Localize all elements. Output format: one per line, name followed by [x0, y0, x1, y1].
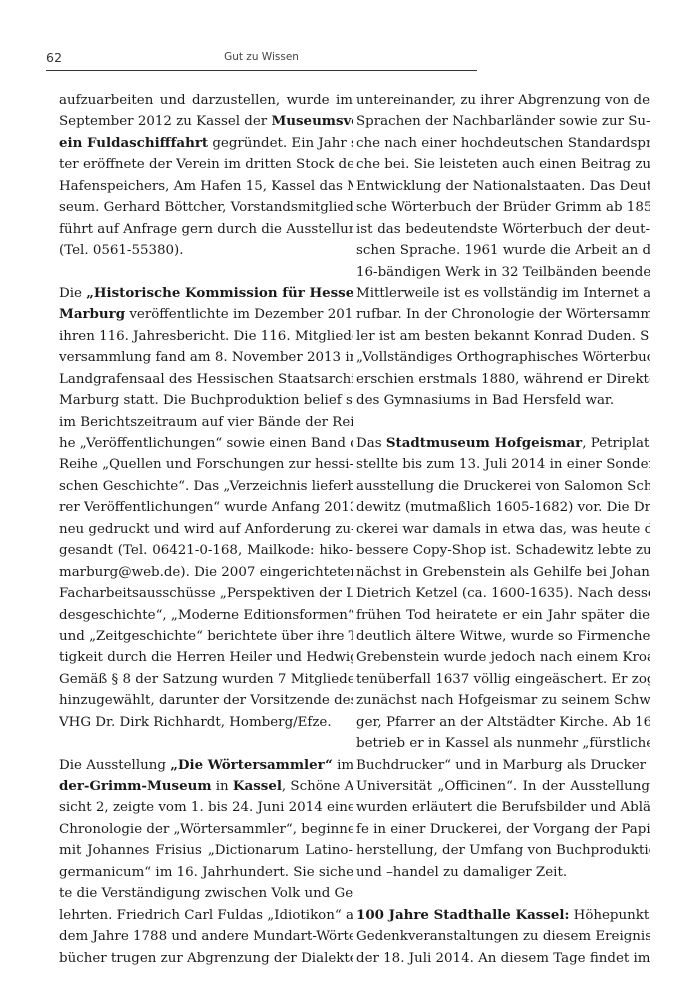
text-line: Marburg veröffentlichte im Dezember 2013 [59, 304, 353, 325]
text-line: ckerei war damals in etwa das, was heute… [356, 519, 650, 540]
text-run: (Tel. 0561-55380). [59, 243, 184, 258]
text-run: rer Veröffentlichungen“ wurde Anfang 201… [59, 500, 353, 515]
text-line: schen Sprache. 1961 wurde die Arbeit an … [356, 240, 650, 261]
text-run: frühen Tod heiratete er ein Jahr später … [356, 608, 650, 623]
text-line: führt auf Anfrage gern durch die Ausstel… [59, 219, 353, 240]
bold-text: „Historische Kommission für Hessen“ [86, 285, 353, 301]
text-line: Universität „Officinen“. In der Ausstell… [356, 776, 650, 797]
text-run: che nach einer hochdeutschen Standardspr… [356, 136, 650, 151]
text-line: Die Ausstellung „Die Wörtersammler“ im B… [59, 755, 353, 776]
text-line: ausstellung die Druckerei von Salomon Sc… [356, 476, 650, 497]
text-run: Grebenstein wurde jedoch nach einem Kroa… [356, 650, 650, 665]
text-run: untereinander, zu ihrer Abgrenzung von d… [356, 93, 650, 108]
text-run: ckerei war damals in etwa das, was heute… [356, 522, 650, 537]
text-line: schen Geschichte“. Das „Verzeichnis lief… [59, 476, 353, 497]
text-line: des Gymnasiums in Bad Hersfeld war. [356, 390, 650, 411]
text-line: neu gedruckt und wird auf Anforderung zu… [59, 519, 353, 540]
text-run: in [212, 779, 233, 794]
text-line: hinzugewählt, darunter der Vorsitzende d… [59, 690, 353, 711]
text-line: gesandt (Tel. 06421-0-168, Mailkode: hik… [59, 540, 353, 561]
bold-text: ein Fuldaschifffahrt [59, 135, 208, 151]
text-run: ausstellung die Druckerei von Salomon Sc… [356, 479, 650, 494]
text-run: zunächst nach Hofgeismar zu seinem Schwa… [356, 693, 650, 708]
text-run: im [333, 758, 353, 773]
text-line: VHG Dr. Dirk Richhardt, Homberg/Efze. [59, 712, 353, 733]
text-run: führt auf Anfrage gern durch die Ausstel… [59, 222, 353, 237]
text-line: ihren 116. Jahresbericht. Die 116. Mitgl… [59, 326, 353, 347]
text-line: ter eröffnete der Verein im dritten Stoc… [59, 154, 353, 175]
running-title: Gut zu Wissen [46, 51, 477, 63]
text-line: der 18. Juli 2014. An diesem Tage findet… [356, 948, 650, 969]
text-run: Sprachen der Nachbarländer sowie zur Su- [356, 114, 650, 129]
text-line: aufzuarbeiten und darzustellen, wurde im [59, 90, 353, 111]
text-run: September 2012 zu Kassel der [59, 114, 271, 129]
text-line: Mittlerweile ist es vollständig im Inter… [356, 283, 650, 304]
paragraph: aufzuarbeiten und darzustellen, wurde im… [59, 90, 353, 262]
text-run: VHG Dr. Dirk Richhardt, Homberg/Efze. [59, 715, 332, 730]
text-line: zunächst nach Hofgeismar zu seinem Schwa… [356, 690, 650, 711]
text-line: che nach einer hochdeutschen Standardspr… [356, 133, 650, 154]
text-line: lehrten. Friedrich Carl Fuldas „Idiotiko… [59, 905, 353, 926]
text-line: Chronologie der „Wörtersammler“, beginne… [59, 819, 353, 840]
text-run: fe in einer Druckerei, der Vorgang der P… [356, 822, 650, 837]
text-line: sicht 2, zeigte vom 1. bis 24. Juni 2014… [59, 797, 353, 818]
text-line: frühen Tod heiratete er ein Jahr später … [356, 605, 650, 626]
text-line: bessere Copy-Shop ist. Schadewitz lebte … [356, 540, 650, 561]
text-line: deutlich ältere Witwe, wurde so Firmench… [356, 626, 650, 647]
text-line: herstellung, der Umfang von Buchprodukti… [356, 840, 650, 861]
text-run: herstellung, der Umfang von Buchprodukti… [356, 843, 650, 858]
text-line: che bei. Sie leisteten auch einen Beitra… [356, 154, 650, 175]
text-run: ist das bedeutendste Wörterbuch der deut… [356, 222, 650, 237]
text-run: „Vollständiges Orthographisches Wörterbu… [356, 350, 650, 365]
text-line: stellte bis zum 13. Juli 2014 in einer S… [356, 454, 650, 475]
text-run: seum. Gerhard Böttcher, Vorstandsmitglie… [59, 200, 353, 215]
text-line: 16-bändigen Werk in 32 Teilbänden beende… [356, 262, 650, 283]
text-run: marburg@web.de). Die 2007 eingerichteten [59, 565, 353, 580]
text-line: he „Veröffentlichungen“ sowie einen Band… [59, 433, 353, 454]
text-run: und „Zeitgeschichte“ berichtete über ihr… [59, 629, 353, 644]
text-run: ter eröffnete der Verein im dritten Stoc… [59, 157, 353, 172]
text-run: mit Johannes Frisius „Dictionarum Latino… [59, 843, 353, 858]
text-line: erschien erstmals 1880, während er Direk… [356, 369, 650, 390]
text-line: Gemäß § 8 der Satzung wurden 7 Mitgliede… [59, 669, 353, 690]
text-line: und –handel zu damaliger Zeit. [356, 862, 650, 883]
bold-text: „Die Wörtersammler“ [170, 757, 333, 773]
text-run: ihren 116. Jahresbericht. Die 116. Mitgl… [59, 329, 353, 344]
text-run: Entwicklung der Nationalstaaten. Das Deu… [356, 179, 650, 194]
text-run: schen Geschichte“. Das „Verzeichnis lief… [59, 479, 353, 494]
text-line: Gedenkveranstaltungen zu diesem Ereignis… [356, 926, 650, 947]
text-run: deutlich ältere Witwe, wurde so Firmench… [356, 629, 650, 644]
text-line: dem Jahre 1788 und andere Mundart-Wörter… [59, 926, 353, 947]
text-run: schen Sprache. 1961 wurde die Arbeit an … [356, 243, 650, 258]
paragraph: Die Ausstellung „Die Wörtersammler“ im B… [59, 755, 353, 969]
text-line: ist das bedeutendste Wörterbuch der deut… [356, 219, 650, 240]
text-run: bessere Copy-Shop ist. Schadewitz lebte … [356, 543, 650, 558]
text-line: sche Wörterbuch der Brüder Grimm ab 1854 [356, 197, 650, 218]
text-run: Chronologie der „Wörtersammler“, beginne… [59, 822, 353, 837]
bold-text: Museumsver- [271, 113, 353, 129]
text-run: lehrten. Friedrich Carl Fuldas „Idiotiko… [59, 908, 353, 923]
text-line: germanicum“ im 16. Jahrhundert. Sie sich… [59, 862, 353, 883]
text-run: veröffentlichte im Dezember 2013 [125, 307, 353, 322]
text-run: Höhepunkt der [569, 908, 650, 923]
text-run: tenüberfall 1637 völlig eingeäschert. Er… [356, 672, 650, 687]
text-run: sche Wörterbuch der Brüder Grimm ab 1854 [356, 200, 650, 215]
text-run: Buchdrucker“ und in Marburg als Drucker … [356, 758, 650, 773]
text-line: ler ist am besten bekannt Konrad Duden. … [356, 326, 650, 347]
text-line: ein Fuldaschifffahrt gegründet. Ein Jahr… [59, 133, 353, 154]
text-run: Dietrich Ketzel (ca. 1600-1635). Nach de… [356, 586, 650, 601]
text-line: marburg@web.de). Die 2007 eingerichteten [59, 562, 353, 583]
text-line: im Berichtszeitraum auf vier Bände der R… [59, 412, 353, 433]
text-run: Marburg statt. Die Buchproduktion belief… [59, 393, 353, 408]
text-run: sicht 2, zeigte vom 1. bis 24. Juni 2014… [59, 800, 353, 815]
bold-text: Marburg [59, 306, 125, 322]
text-line: seum. Gerhard Böttcher, Vorstandsmitglie… [59, 197, 353, 218]
text-run: betrieb er in Kassel als nunmehr „fürstl… [356, 736, 650, 751]
text-line: September 2012 zu Kassel der Museumsver- [59, 111, 353, 132]
text-line: bücher trugen zur Abgrenzung der Dialekt… [59, 948, 353, 969]
text-line: „Vollständiges Orthographisches Wörterbu… [356, 347, 650, 368]
text-line: Facharbeitsausschüsse „Perspektiven der … [59, 583, 353, 604]
text-run: dewitz (mutmaßlich 1605-1682) vor. Die D… [356, 500, 650, 515]
text-line: desgeschichte“, „Moderne Editionsformen“ [59, 605, 353, 626]
text-line: (Tel. 0561-55380). [59, 240, 353, 261]
book-page: 62 Gut zu Wissen aufzuarbeiten und darzu… [0, 0, 700, 988]
text-line: mit Johannes Frisius „Dictionarum Latino… [59, 840, 353, 861]
text-run: der 18. Juli 2014. An diesem Tage findet… [356, 951, 650, 966]
text-line: Das Stadtmuseum Hofgeismar, Petriplatz 2… [356, 433, 650, 454]
text-run: bücher trugen zur Abgrenzung der Dialekt… [59, 951, 353, 966]
text-line: rufbar. In der Chronologie der Wörtersam… [356, 304, 650, 325]
paragraph: Die „Historische Kommission für Hessen“ … [59, 283, 353, 733]
text-line: 100 Jahre Stadthalle Kassel: Höhepunkt d… [356, 905, 650, 926]
text-run: , Schöne Aus- [282, 779, 353, 794]
paragraph: untereinander, zu ihrer Abgrenzung von d… [356, 90, 650, 412]
text-run: che bei. Sie leisteten auch einen Beitra… [356, 157, 650, 172]
text-run: dem Jahre 1788 und andere Mundart-Wörter… [59, 929, 353, 944]
text-line: fe in einer Druckerei, der Vorgang der P… [356, 819, 650, 840]
text-run: Facharbeitsausschüsse „Perspektiven der … [59, 586, 353, 601]
text-run: Die [59, 286, 86, 301]
text-line: untereinander, zu ihrer Abgrenzung von d… [356, 90, 650, 111]
bold-text: Stadtmuseum Hofgeismar [386, 435, 582, 451]
text-run: und –handel zu damaliger Zeit. [356, 865, 567, 880]
text-run: , Petriplatz 2, [582, 436, 650, 451]
text-run: wurden erläutert die Berufsbilder und Ab… [356, 800, 650, 815]
text-line: Landgrafensaal des Hessischen Staatsarch… [59, 369, 353, 390]
text-run: Die Ausstellung [59, 758, 170, 773]
text-line: betrieb er in Kassel als nunmehr „fürstl… [356, 733, 650, 754]
text-run: Landgrafensaal des Hessischen Staatsarch… [59, 372, 353, 387]
text-run: neu gedruckt und wird auf Anforderung zu… [59, 522, 353, 537]
text-line: nächst in Grebenstein als Gehilfe bei Jo… [356, 562, 650, 583]
text-run: Gemäß § 8 der Satzung wurden 7 Mitgliede… [59, 672, 353, 687]
text-line: Reihe „Quellen und Forschungen zur hessi… [59, 454, 353, 475]
text-line: Die „Historische Kommission für Hessen“ … [59, 283, 353, 304]
text-run: Mittlerweile ist es vollständig im Inter… [356, 286, 650, 301]
text-run: Das [356, 436, 386, 451]
text-line: Entwicklung der Nationalstaaten. Das Deu… [356, 176, 650, 197]
text-line: Hafenspeichers, Am Hafen 15, Kassel das … [59, 176, 353, 197]
text-run: germanicum“ im 16. Jahrhundert. Sie sich… [59, 865, 353, 880]
right-column: untereinander, zu ihrer Abgrenzung von d… [356, 90, 650, 988]
text-line: versammlung fand am 8. November 2013 im [59, 347, 353, 368]
paragraph: Das Stadtmuseum Hofgeismar, Petriplatz 2… [356, 433, 650, 883]
text-run: Universität „Officinen“. In der Ausstell… [356, 779, 650, 794]
text-run: gegründet. Ein Jahr spä- [208, 136, 353, 151]
text-run: erschien erstmals 1880, während er Direk… [356, 372, 650, 387]
text-run: he „Veröffentlichungen“ sowie einen Band… [59, 436, 353, 451]
text-run: te die Verständigung zwischen Volk und G… [59, 886, 353, 901]
bold-text: Kassel [233, 778, 282, 794]
text-line: Buchdrucker“ und in Marburg als Drucker … [356, 755, 650, 776]
text-run: rufbar. In der Chronologie der Wörtersam… [356, 307, 650, 322]
text-line: der-Grimm-Museum in Kassel, Schöne Aus- [59, 776, 353, 797]
text-run: im Berichtszeitraum auf vier Bände der R… [59, 415, 353, 430]
text-run: stellte bis zum 13. Juli 2014 in einer S… [356, 457, 650, 472]
bold-text: 100 Jahre Stadthalle Kassel: [356, 907, 569, 923]
text-run: ger, Pfarrer an der Altstädter Kirche. A… [356, 715, 650, 730]
text-run: tigkeit durch die Herren Heiler und Hedw… [59, 650, 353, 665]
text-line: und „Zeitgeschichte“ berichtete über ihr… [59, 626, 353, 647]
bold-text: der-Grimm-Museum [59, 778, 212, 794]
text-line: Dietrich Ketzel (ca. 1600-1635). Nach de… [356, 583, 650, 604]
paragraph: 100 Jahre Stadthalle Kassel: Höhepunkt d… [356, 905, 650, 969]
text-line: wurden erläutert die Berufsbilder und Ab… [356, 797, 650, 818]
text-line: te die Verständigung zwischen Volk und G… [59, 883, 353, 904]
text-line: tigkeit durch die Herren Heiler und Hedw… [59, 647, 353, 668]
text-run: desgeschichte“, „Moderne Editionsformen“ [59, 608, 353, 623]
text-line: tenüberfall 1637 völlig eingeäschert. Er… [356, 669, 650, 690]
text-run: Gedenkveranstaltungen zu diesem Ereignis… [356, 929, 650, 944]
text-run: Reihe „Quellen und Forschungen zur hessi… [59, 457, 353, 472]
text-line: ger, Pfarrer an der Altstädter Kirche. A… [356, 712, 650, 733]
text-line: Marburg statt. Die Buchproduktion belief… [59, 390, 353, 411]
text-run: gesandt (Tel. 06421-0-168, Mailkode: hik… [59, 543, 353, 558]
text-line: dewitz (mutmaßlich 1605-1682) vor. Die D… [356, 497, 650, 518]
text-run: 16-bändigen Werk in 32 Teilbänden beende… [356, 265, 650, 280]
text-run: nächst in Grebenstein als Gehilfe bei Jo… [356, 565, 650, 580]
text-run: versammlung fand am 8. November 2013 im [59, 350, 353, 365]
header-rule [46, 70, 477, 71]
text-line: Sprachen der Nachbarländer sowie zur Su- [356, 111, 650, 132]
text-run: Hafenspeichers, Am Hafen 15, Kassel das … [59, 179, 353, 194]
text-line: Grebenstein wurde jedoch nach einem Kroa… [356, 647, 650, 668]
text-run: aufzuarbeiten und darzustellen, wurde im [59, 93, 353, 108]
text-line: rer Veröffentlichungen“ wurde Anfang 201… [59, 497, 353, 518]
text-run: des Gymnasiums in Bad Hersfeld war. [356, 393, 614, 408]
text-run: hinzugewählt, darunter der Vorsitzende d… [59, 693, 353, 708]
text-run: ler ist am besten bekannt Konrad Duden. … [356, 329, 650, 344]
left-column: aufzuarbeiten und darzustellen, wurde im… [59, 90, 353, 988]
